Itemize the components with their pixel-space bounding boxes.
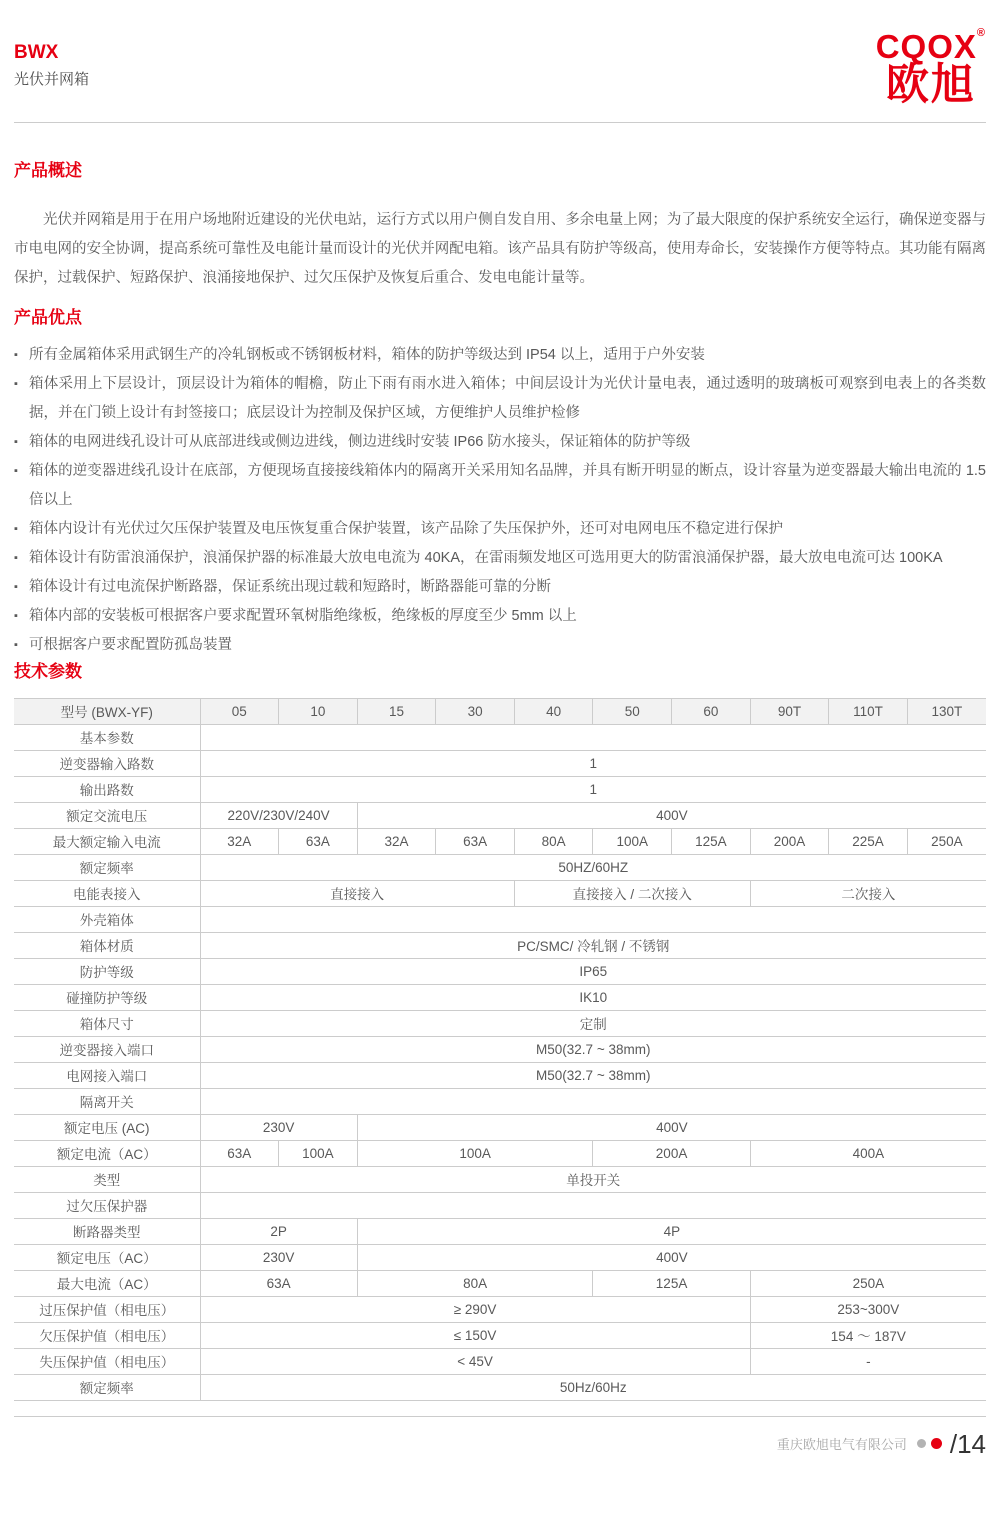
table-row: 额定电压（AC）230V400V <box>14 1244 986 1270</box>
row-label: 额定频率 <box>14 854 200 880</box>
row-cell: 直接接入 / 二次接入 <box>514 880 750 906</box>
row-cell: 125A <box>593 1270 750 1296</box>
row-cell: ≥ 290V <box>200 1296 750 1322</box>
table-row: 最大额定输入电流32A63A32A63A80A100A125A200A225A2… <box>14 828 986 854</box>
row-label: 碰撞防护等级 <box>14 984 200 1010</box>
table-row: 过压保护值（相电压）≥ 290V253~300V <box>14 1296 986 1322</box>
row-cell <box>200 906 986 932</box>
advantage-item: 箱体的电网进线孔设计可从底部进线或侧边进线，侧边进线时安装 IP66 防水接头，… <box>14 428 986 457</box>
row-cell: 200A <box>750 828 829 854</box>
row-cell: - <box>750 1348 986 1374</box>
table-row: 电网接入端口M50(32.7 ~ 38mm) <box>14 1062 986 1088</box>
row-cell: 32A <box>200 828 279 854</box>
row-label: 额定电流（AC） <box>14 1140 200 1166</box>
row-cell <box>200 1192 986 1218</box>
footer-divider <box>14 1416 986 1417</box>
row-cell: < 45V <box>200 1348 750 1374</box>
table-header-col: 60 <box>672 698 751 724</box>
row-label: 断路器类型 <box>14 1218 200 1244</box>
advantage-item: 箱体设计有过电流保护断路器，保证系统出现过载和短路时，断路器能可靠的分断 <box>14 573 986 602</box>
row-label: 箱体尺寸 <box>14 1010 200 1036</box>
row-cell: 100A <box>357 1140 593 1166</box>
advantage-item: 箱体内设计有光伏过欠压保护装置及电压恢复重合保护装置，该产品除了失压保护外，还可… <box>14 515 986 544</box>
table-row: 额定交流电压220V/230V/240V400V <box>14 802 986 828</box>
table-row: 防护等级IP65 <box>14 958 986 984</box>
row-label: 类型 <box>14 1166 200 1192</box>
document-footer: 重庆欧旭电气有限公司 /14 <box>14 1431 986 1457</box>
table-row: 欠压保护值（相电压）≤ 150V154 ～ 187V <box>14 1322 986 1348</box>
table-row: 逆变器输入路数1 <box>14 750 986 776</box>
table-row: 输出路数1 <box>14 776 986 802</box>
row-label: 基本参数 <box>14 724 200 750</box>
row-cell: 80A <box>357 1270 593 1296</box>
row-cell: 230V <box>200 1244 357 1270</box>
table-header-col: 130T <box>907 698 986 724</box>
row-label: 隔离开关 <box>14 1088 200 1114</box>
table-row: 基本参数 <box>14 724 986 750</box>
table-row: 额定电压 (AC)230V400V <box>14 1114 986 1140</box>
spec-table: 型号 (BWX-YF)0510153040506090T110T130T基本参数… <box>14 698 986 1401</box>
row-label: 防护等级 <box>14 958 200 984</box>
row-cell <box>200 1088 986 1114</box>
row-cell: 400V <box>357 1114 986 1140</box>
row-cell: 154 ～ 187V <box>750 1322 986 1348</box>
table-header-col: 10 <box>279 698 358 724</box>
overview-section-title: 产品概述 <box>14 161 986 181</box>
row-cell <box>200 724 986 750</box>
row-label: 逆变器接入端口 <box>14 1036 200 1062</box>
row-label: 外壳箱体 <box>14 906 200 932</box>
row-label: 过欠压保护器 <box>14 1192 200 1218</box>
row-cell: 63A <box>200 1270 357 1296</box>
advantage-item: 箱体设计有防雷浪涌保护，浪涌保护器的标准最大放电电流为 40KA，在雷雨频发地区… <box>14 544 986 573</box>
row-cell: M50(32.7 ~ 38mm) <box>200 1062 986 1088</box>
registered-trademark-icon: ® <box>977 27 986 39</box>
table-header-col: 15 <box>357 698 436 724</box>
row-label: 失压保护值（相电压） <box>14 1348 200 1374</box>
row-cell: 225A <box>829 828 908 854</box>
row-label: 额定电压（AC） <box>14 1244 200 1270</box>
title-block: BWX 光伏并网箱 <box>14 42 89 89</box>
row-cell: 定制 <box>200 1010 986 1036</box>
table-row: 失压保护值（相电压）< 45V- <box>14 1348 986 1374</box>
table-header-col: 110T <box>829 698 908 724</box>
row-cell: 单投开关 <box>200 1166 986 1192</box>
company-name: 重庆欧旭电气有限公司 <box>777 1434 907 1453</box>
row-cell: 250A <box>750 1270 986 1296</box>
row-cell: 230V <box>200 1114 357 1140</box>
row-cell: 2P <box>200 1218 357 1244</box>
advantage-item: 箱体的逆变器进线孔设计在底部，方便现场直接接线箱体内的隔离开关采用知名品牌，并具… <box>14 457 986 515</box>
row-cell: 4P <box>357 1218 986 1244</box>
overview-paragraph: 光伏并网箱是用于在用户场地附近建设的光伏电站，运行方式以用户侧自发自用、多余电量… <box>14 206 986 293</box>
row-label: 最大电流（AC） <box>14 1270 200 1296</box>
row-cell: 80A <box>514 828 593 854</box>
row-label: 过压保护值（相电压） <box>14 1296 200 1322</box>
row-label: 额定交流电压 <box>14 802 200 828</box>
row-label: 最大额定输入电流 <box>14 828 200 854</box>
brand-logo-wordmark: CQOX® <box>876 30 986 63</box>
advantage-item: 箱体采用上下层设计，顶层设计为箱体的帽檐，防止下雨有雨水进入箱体；中间层设计为光… <box>14 370 986 428</box>
document-header: BWX 光伏并网箱 CQOX® 欧旭 <box>14 0 986 106</box>
row-label: 欠压保护值（相电压） <box>14 1322 200 1348</box>
row-cell: 400A <box>750 1140 986 1166</box>
product-code: BWX <box>14 42 89 65</box>
row-cell: 50HZ/60HZ <box>200 854 986 880</box>
table-row: 过欠压保护器 <box>14 1192 986 1218</box>
row-cell: 1 <box>200 750 986 776</box>
table-header-label: 型号 (BWX-YF) <box>14 698 200 724</box>
product-name: 光伏并网箱 <box>14 71 89 89</box>
row-cell: 32A <box>357 828 436 854</box>
row-cell: M50(32.7 ~ 38mm) <box>200 1036 986 1062</box>
row-cell: 200A <box>593 1140 750 1166</box>
table-header-col: 05 <box>200 698 279 724</box>
advantages-list: 所有金属箱体采用武钢生产的冷轧钢板或不锈钢板材料，箱体的防护等级达到 IP54 … <box>14 341 986 660</box>
table-row: 箱体尺寸定制 <box>14 1010 986 1036</box>
row-cell: 400V <box>357 802 986 828</box>
footer-dot-red-icon <box>931 1438 942 1449</box>
row-cell: 50Hz/60Hz <box>200 1374 986 1400</box>
advantage-item: 可根据客户要求配置防孤岛装置 <box>14 631 986 660</box>
row-cell: 125A <box>672 828 751 854</box>
brand-logo-chinese: 欧旭 <box>876 65 986 106</box>
advantage-item: 箱体内部的安装板可根据客户要求配置环氧树脂绝缘板，绝缘板的厚度至少 5mm 以上 <box>14 602 986 631</box>
row-cell: IK10 <box>200 984 986 1010</box>
row-cell: IP65 <box>200 958 986 984</box>
table-row: 外壳箱体 <box>14 906 986 932</box>
page-number: /14 <box>950 1431 986 1457</box>
table-row: 箱体材质PC/SMC/ 冷轧钢 / 不锈钢 <box>14 932 986 958</box>
advantages-section-title: 产品优点 <box>14 308 986 328</box>
row-cell: 1 <box>200 776 986 802</box>
row-label: 电能表接入 <box>14 880 200 906</box>
header-divider <box>14 122 986 123</box>
row-label: 额定电压 (AC) <box>14 1114 200 1140</box>
table-row: 断路器类型2P4P <box>14 1218 986 1244</box>
row-cell: 250A <box>907 828 986 854</box>
table-header-row: 型号 (BWX-YF)0510153040506090T110T130T <box>14 698 986 724</box>
row-label: 箱体材质 <box>14 932 200 958</box>
row-cell: 253~300V <box>750 1296 986 1322</box>
table-header-col: 40 <box>514 698 593 724</box>
row-cell: 63A <box>436 828 515 854</box>
specs-section-title: 技术参数 <box>14 662 986 682</box>
row-label: 额定频率 <box>14 1374 200 1400</box>
table-row: 额定频率50HZ/60HZ <box>14 854 986 880</box>
footer-dot-gray-icon <box>917 1439 926 1448</box>
brand-logo-text: CQOX <box>876 28 977 65</box>
table-row: 额定频率50Hz/60Hz <box>14 1374 986 1400</box>
table-header-col: 50 <box>593 698 672 724</box>
row-cell: 400V <box>357 1244 986 1270</box>
row-cell: 220V/230V/240V <box>200 802 357 828</box>
table-row: 类型单投开关 <box>14 1166 986 1192</box>
table-row: 碰撞防护等级IK10 <box>14 984 986 1010</box>
row-label: 输出路数 <box>14 776 200 802</box>
table-header-col: 30 <box>436 698 515 724</box>
row-label: 逆变器输入路数 <box>14 750 200 776</box>
brand-logo: CQOX® 欧旭 <box>876 30 986 106</box>
row-cell: 100A <box>279 1140 358 1166</box>
row-label: 电网接入端口 <box>14 1062 200 1088</box>
table-header-col: 90T <box>750 698 829 724</box>
row-cell: ≤ 150V <box>200 1322 750 1348</box>
datasheet-page: BWX 光伏并网箱 CQOX® 欧旭 产品概述 光伏并网箱是用于在用户场地附近建… <box>0 0 1000 1521</box>
row-cell: 100A <box>593 828 672 854</box>
table-row: 电能表接入直接接入直接接入 / 二次接入二次接入 <box>14 880 986 906</box>
row-cell: 直接接入 <box>200 880 514 906</box>
table-row: 隔离开关 <box>14 1088 986 1114</box>
table-row: 逆变器接入端口M50(32.7 ~ 38mm) <box>14 1036 986 1062</box>
row-cell: 63A <box>279 828 358 854</box>
table-row: 额定电流（AC）63A100A100A200A400A <box>14 1140 986 1166</box>
advantage-item: 所有金属箱体采用武钢生产的冷轧钢板或不锈钢板材料，箱体的防护等级达到 IP54 … <box>14 341 986 370</box>
table-row: 最大电流（AC）63A80A125A250A <box>14 1270 986 1296</box>
row-cell: PC/SMC/ 冷轧钢 / 不锈钢 <box>200 932 986 958</box>
row-cell: 63A <box>200 1140 279 1166</box>
row-cell: 二次接入 <box>750 880 986 906</box>
